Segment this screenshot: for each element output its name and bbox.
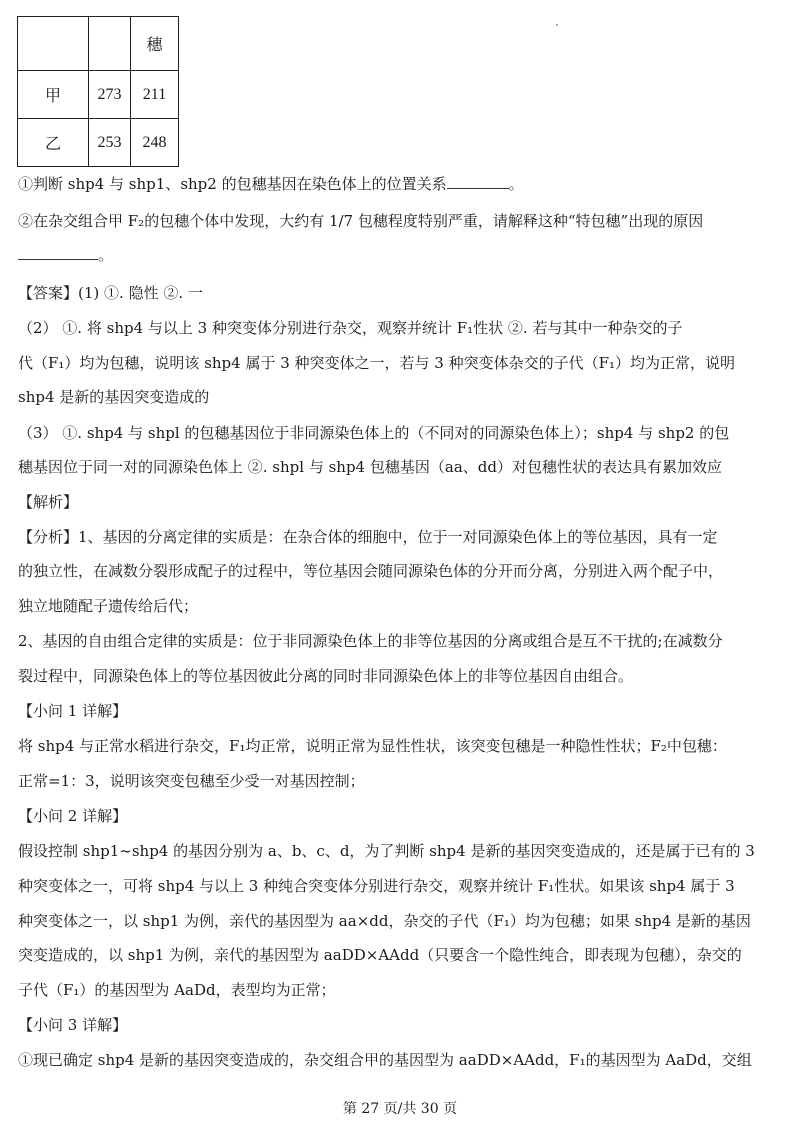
table-cell: 穗 <box>131 17 179 71</box>
analysis-line-1: 【分析】1、基因的分离定律的实质是：在杂合体的细胞中，位于一对同源染色体上的等位… <box>18 527 718 547</box>
detail-1-label: 【小问 1 详解】 <box>18 701 127 721</box>
table-cell <box>18 17 89 71</box>
answer-blank <box>18 245 98 260</box>
table-cell: 273 <box>89 71 131 119</box>
detail-1-line-1: 将 shp4 与正常水稻进行杂交，F₁均正常，说明正常为显性性状，该突变包穗是一… <box>18 736 727 756</box>
detail-3-label: 【小问 3 详解】 <box>18 1015 127 1035</box>
detail-2-line-4: 突变造成的，以 shp1 为例，亲代的基因型为 aaDD×AAdd（只要含一个隐… <box>18 945 742 965</box>
analysis-line-5: 裂过程中，同源染色体上的等位基因彼此分离的同时非同源染色体上的非等位基因自由组合… <box>18 666 633 686</box>
analysis-line-2: 的独立性，在减数分裂形成配子的过程中，等位基因会随同源染色体的分开而分离，分别进… <box>18 561 723 581</box>
table-row: 乙 253 248 <box>18 119 179 167</box>
page-number: 第 27 页/共 30 页 <box>0 1098 800 1118</box>
question-text: ①判断 shp4 与 shp1、shp2 的包穗基因在染色体上的位置关系 <box>18 175 447 193</box>
detail-2-line-2: 种突变体之一，可将 shp4 与以上 3 种纯合突变体分别进行杂交，观察并统计 … <box>18 876 735 896</box>
answer-label: 【答案】 <box>18 284 78 302</box>
answer-text: (1) ①. 隐性 ②. 一 <box>78 284 203 302</box>
detail-1-line-2: 正常=1：3，说明该突变包穗至少受一对基因控制； <box>18 771 365 791</box>
answer-line-6: 穗基因位于同一对的同源染色体上 ②. shpl 与 shp4 包穗基因（aa、d… <box>18 457 722 477</box>
answer-line-4: shp4 是新的基因突变造成的 <box>18 387 209 407</box>
table-cell: 乙 <box>18 119 89 167</box>
table-row: 甲 273 211 <box>18 71 179 119</box>
question-2: ②在杂交组合甲 F₂的包穗个体中发现，大约有 1/7 包穗程度特别严重，请解释这… <box>18 211 703 231</box>
analysis-line-4: 2、基因的自由组合定律的实质是：位于非同源染色体上的非等位基因的分离或组合是互不… <box>18 631 723 651</box>
detail-2-label: 【小问 2 详解】 <box>18 806 127 826</box>
punctuation: 。 <box>509 175 524 193</box>
analysis-label: 【解析】 <box>18 492 78 512</box>
table-cell <box>89 17 131 71</box>
answer-line-3: 代（F₁）均为包穗，说明该 shp4 属于 3 种突变体之一，若与 3 种突变体… <box>18 353 735 373</box>
answer-line-1: 【答案】(1) ①. 隐性 ②. 一 <box>18 283 203 303</box>
question-2-blank-line: 。 <box>18 245 113 265</box>
table-cell: 253 <box>89 119 131 167</box>
answer-line-2: （2） ①. 将 shp4 与以上 3 种突变体分别进行杂交，观察并统计 F₁性… <box>18 318 682 338</box>
data-table: 穗 甲 273 211 乙 253 248 <box>17 16 179 167</box>
table-cell: 211 <box>131 71 179 119</box>
document-page: 穗 甲 273 211 乙 253 248 ①判断 shp4 与 shp1、sh… <box>0 0 800 1128</box>
answer-line-5: （3） ①. shp4 与 shpl 的包穗基因位于非同源染色体上的（不同对的同… <box>18 423 729 443</box>
table-cell: 甲 <box>18 71 89 119</box>
punctuation: 。 <box>98 246 113 264</box>
question-1: ①判断 shp4 与 shp1、shp2 的包穗基因在染色体上的位置关系。 <box>18 174 524 194</box>
detail-3-line-1: ①现已确定 shp4 是新的基因突变造成的，杂交组合甲的基因型为 aaDD×AA… <box>18 1050 752 1070</box>
analysis-line-3: 独立地随配子遗传给后代； <box>18 596 198 616</box>
answer-blank <box>447 174 509 189</box>
table-cell: 248 <box>131 119 179 167</box>
detail-2-line-5: 子代（F₁）的基因型为 AaDd，表型均为正常； <box>18 980 336 1000</box>
scan-artifact <box>556 24 558 26</box>
detail-2-line-1: 假设控制 shp1~shp4 的基因分别为 a、b、c、d，为了判断 shp4 … <box>18 841 755 861</box>
table-header-row: 穗 <box>18 17 179 71</box>
detail-2-line-3: 种突变体之一，以 shp1 为例，亲代的基因型为 aa×dd，杂交的子代（F₁）… <box>18 911 751 931</box>
